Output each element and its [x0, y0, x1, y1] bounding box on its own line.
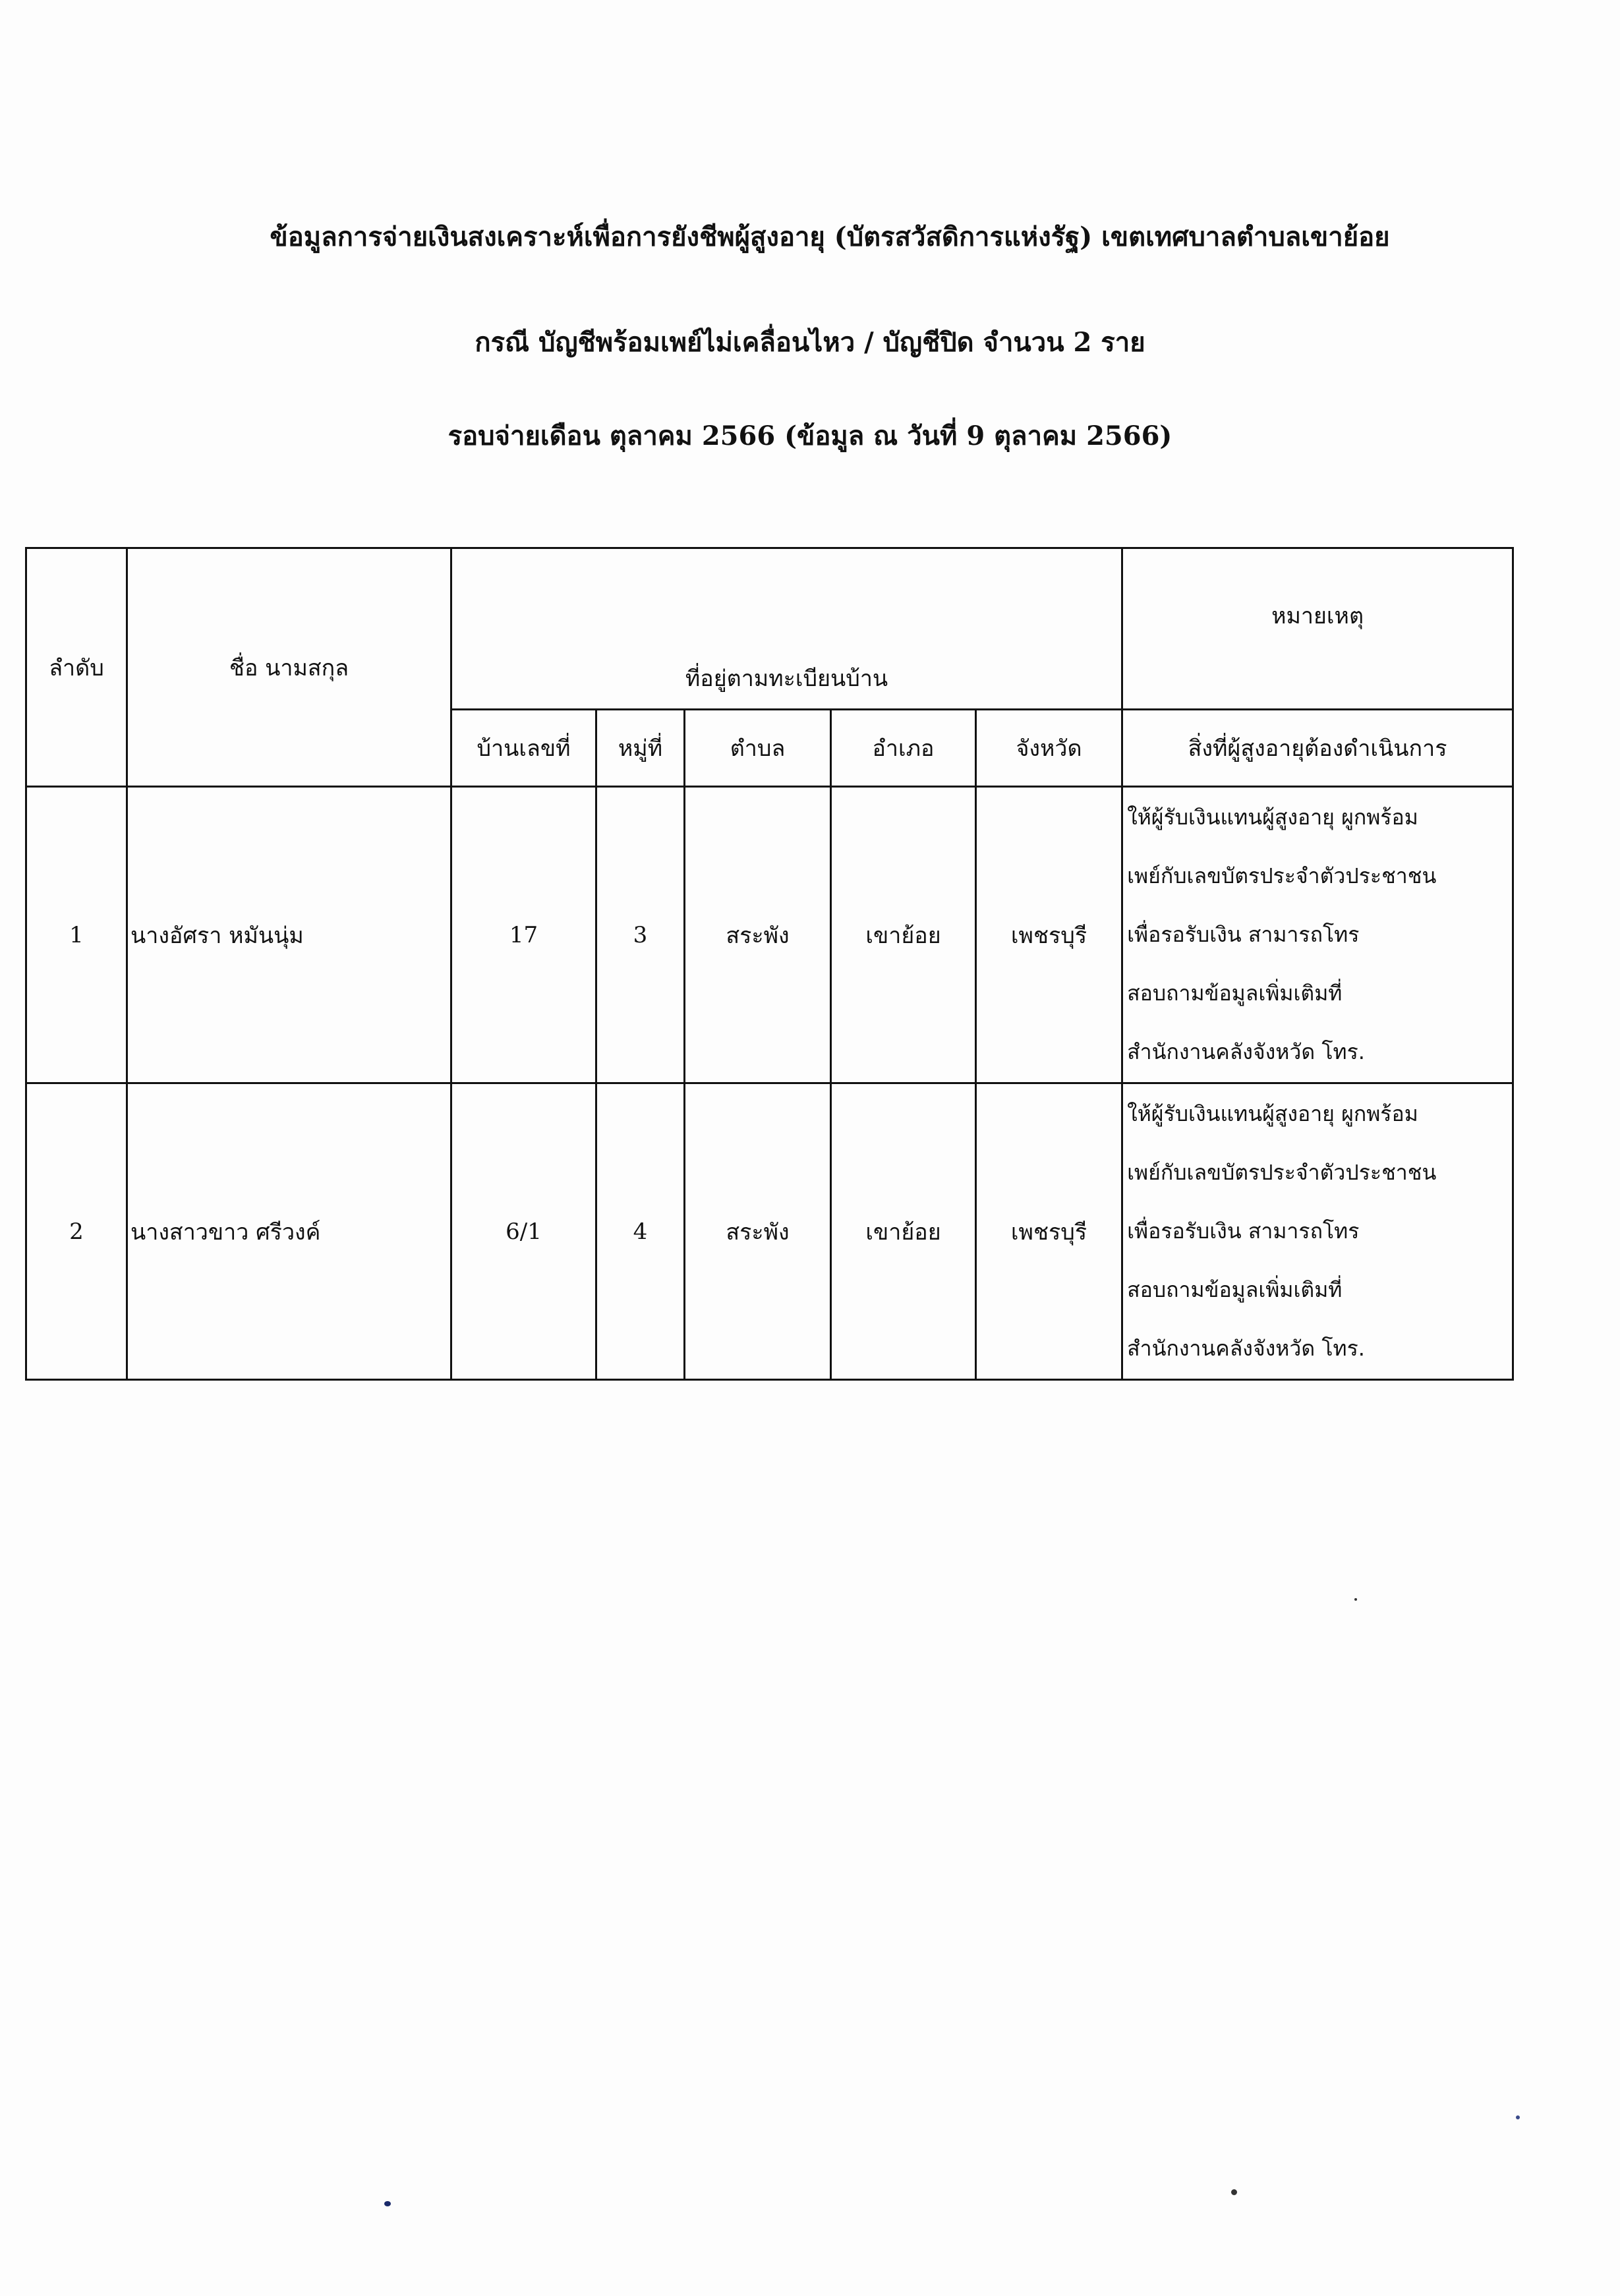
header-address-group: ที่อยู่ตามทะเบียนบ้าน [451, 548, 1122, 710]
cell-note: ให้ผู้รับเงินแทนผู้สูงอายุ ผูกพร้อม เพย์… [1122, 787, 1513, 1083]
cell-name: นางอัศรา หมันนุ่ม [127, 787, 451, 1083]
note-line: เพื่อรอรับเงิน สามารถโทร [1127, 905, 1512, 964]
cell-seq: 1 [26, 787, 127, 1083]
note-line: ให้ผู้รับเงินแทนผู้สูงอายุ ผูกพร้อม [1127, 1085, 1512, 1143]
header-moo: หมู่ที่ [596, 710, 685, 787]
scan-speck [1354, 1598, 1357, 1601]
table-row: 1 นางอัศรา หมันนุ่ม 17 3 สระพัง เขาย้อย … [26, 787, 1513, 1083]
header-house-no: บ้านเลขที่ [451, 710, 596, 787]
document-title: ข้อมูลการจ่ายเงินสงเคราะห์เพื่อการยังชีพ… [20, 224, 1620, 250]
note-line: สอบถามข้อมูลเพิ่มเติมที่ [1127, 964, 1512, 1023]
note-line: สอบถามข้อมูลเพิ่มเติมที่ [1127, 1261, 1512, 1319]
cell-tambon: สระพัง [685, 1083, 831, 1380]
note-line: เพย์กับเลขบัตรประจำตัวประชาชน [1127, 1143, 1512, 1202]
cell-moo: 3 [596, 787, 685, 1083]
cell-amphoe: เขาย้อย [831, 1083, 976, 1380]
cell-province: เพชรบุรี [976, 1083, 1122, 1380]
header-province: จังหวัด [976, 710, 1122, 787]
scan-speck [1516, 2115, 1520, 2119]
document-subtitle-period: รอบจ่ายเดือน ตุลาคม 2566 (ข้อมูล ณ วันที… [0, 423, 1620, 449]
header-amphoe: อำเภอ [831, 710, 976, 787]
header-note-label: หมายเหตุ [1123, 598, 1512, 660]
note-line: เพื่อรอรับเงิน สามารถโทร [1127, 1202, 1512, 1261]
header-note-group: หมายเหตุ [1122, 548, 1513, 710]
cell-province: เพชรบุรี [976, 787, 1122, 1083]
cell-amphoe: เขาย้อย [831, 787, 976, 1083]
cell-note: ให้ผู้รับเงินแทนผู้สูงอายุ ผูกพร้อม เพย์… [1122, 1083, 1513, 1380]
cell-seq: 2 [26, 1083, 127, 1380]
scan-speck [384, 2201, 391, 2206]
header-seq: ลำดับ [26, 548, 127, 787]
header-address-label: ที่อยู่ตามทะเบียนบ้าน [452, 561, 1121, 696]
header-note-action: สิ่งที่ผู้สูงอายุต้องดำเนินการ [1122, 710, 1513, 787]
document-subtitle-case: กรณี บัญชีพร้อมเพย์ไม่เคลื่อนไหว / บัญชี… [0, 330, 1620, 356]
cell-house-no: 6/1 [451, 1083, 596, 1380]
note-line: สำนักงานคลังจังหวัด โทร. [1127, 1319, 1512, 1378]
header-tambon: ตำบล [685, 710, 831, 787]
recipients-table: ลำดับ ชื่อ นามสกุล ที่อยู่ตามทะเบียนบ้าน… [25, 547, 1514, 1381]
header-name: ชื่อ นามสกุล [127, 548, 451, 787]
cell-tambon: สระพัง [685, 787, 831, 1083]
note-line: ให้ผู้รับเงินแทนผู้สูงอายุ ผูกพร้อม [1127, 788, 1512, 847]
note-line: สำนักงานคลังจังหวัด โทร. [1127, 1023, 1512, 1081]
cell-moo: 4 [596, 1083, 685, 1380]
table-row: 2 นางสาวขาว ศรีวงค์ 6/1 4 สระพัง เขาย้อย… [26, 1083, 1513, 1380]
scan-speck [1231, 2189, 1237, 2195]
cell-name: นางสาวขาว ศรีวงค์ [127, 1083, 451, 1380]
note-line: เพย์กับเลขบัตรประจำตัวประชาชน [1127, 847, 1512, 905]
table-header-row: ลำดับ ชื่อ นามสกุล ที่อยู่ตามทะเบียนบ้าน… [26, 548, 1513, 710]
cell-house-no: 17 [451, 787, 596, 1083]
